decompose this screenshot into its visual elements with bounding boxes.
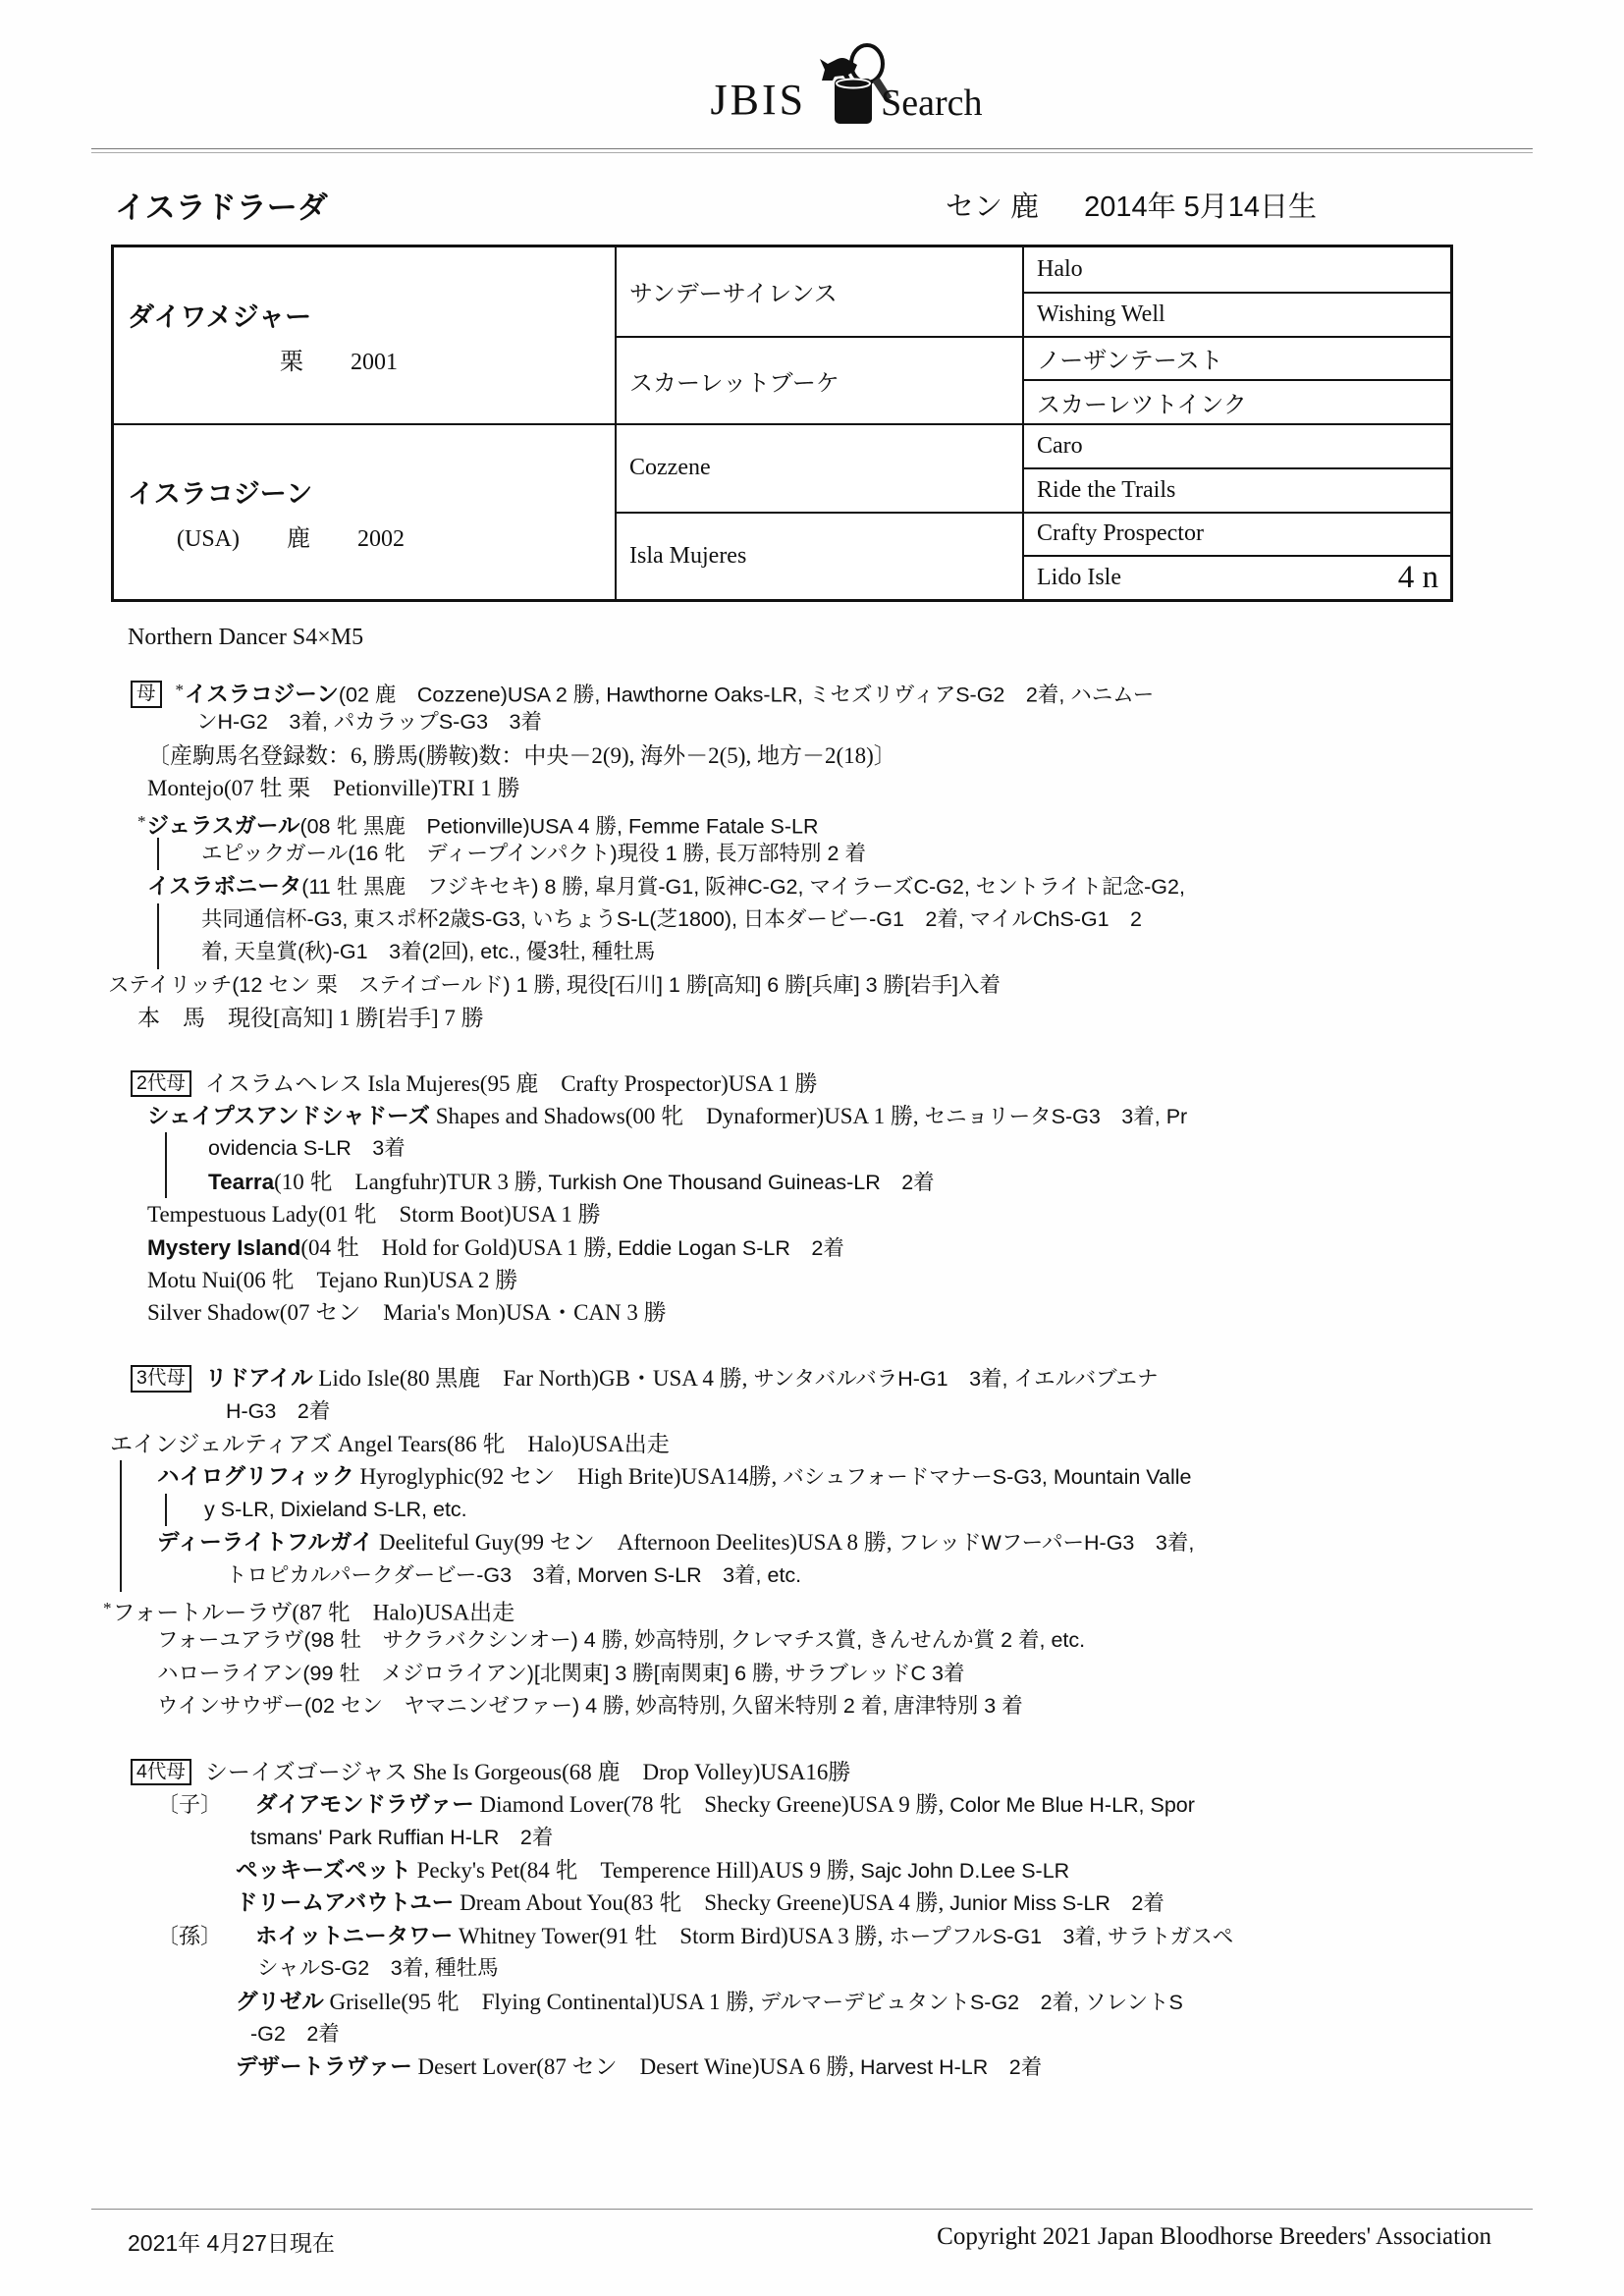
inbreeding-note: Northern Dancer S4×M5 (128, 625, 363, 651)
family-line: 〔孫〕ホイットニータワー Whitney Tower(91 牡 Storm Bi… (0, 1920, 1624, 1952)
pedigree-cell-g3-6: Ride the Trails (1022, 467, 1450, 512)
report-date: 2021年 4月27日現在 (128, 2225, 335, 2258)
family-line: トロピカルパークダービー-G3 3着, Morven S-LR 3着, etc. (0, 1559, 1624, 1592)
line-text: Griselle(95 牝 Flying Continental)USA 1 勝… (324, 1990, 754, 2014)
line-text: 共同通信杯-G3, 東スポ杯2歳S-G3, いちょうS-L(芝1800), 日本… (201, 907, 1142, 931)
g3-8-name: Lido Isle (1037, 565, 1121, 591)
line-text: Montejo(07 牡 栗 Petionville)TRI 1 勝 (147, 776, 519, 800)
import-asterisk: * (137, 812, 146, 831)
line-text-2: フレッドWフーパーH-G3 3着, (893, 1531, 1195, 1555)
family-line: ハローライアン(99 牡 メジロライアン)[北関東] 3 勝[南関東] 6 勝,… (0, 1658, 1624, 1690)
line-text: ンH-G2 3着, パカラップS-G3 3着 (196, 710, 542, 734)
family-line: シャルS-G2 3着, 種牡馬 (0, 1952, 1624, 1985)
family-line: 〔子〕ダイアモンドラヴァー Diamond Lover(78 牝 Shecky … (0, 1788, 1624, 1821)
import-asterisk: * (103, 1599, 112, 1617)
family-line: エインジェルティアズ Angel Tears(86 牝 Halo)USA出走 (0, 1428, 1624, 1460)
family-line: イスラボニータ(11 牡 黒鹿 フジキセキ) 8 勝, 皐月賞-G1, 阪神C-… (0, 870, 1624, 902)
line-text: -G2 2着 (250, 2022, 340, 2046)
horse-name-bold: イスラボニータ (147, 874, 301, 899)
family-line: ディーライトフルガイ Deeliteful Guy(99 セン Afternoo… (0, 1526, 1624, 1558)
line-text-2: サンタバルバラH-G1 3着, イエルバブエナ (747, 1367, 1158, 1391)
header-divider (91, 148, 1533, 153)
tree-connector-line (157, 903, 159, 936)
line-text: ウインサウザー(02 セン ヤマニンゼファー) 4 勝, 妙高特別, 久留米特別… (157, 1694, 1023, 1718)
horse-info: セン 鹿 2014年 5月14日生 (946, 185, 1317, 225)
sire-name: ダイワメジャー (128, 296, 607, 334)
family-line: 母*イスラコジーン(02 鹿 Cozzene)USA 2 勝, Hawthorn… (0, 674, 1624, 706)
line-text-2: Junior Miss S-LR 2着 (944, 1891, 1164, 1915)
family-line: -G2 2着 (0, 2018, 1624, 2050)
line-text: (02 鹿 Cozzene)USA 2 勝, Hawthorne Oaks-LR… (339, 683, 1154, 706)
horse-name-bold: Tearra (208, 1170, 274, 1194)
family-line: ovidencia S-LR 3着 (0, 1132, 1624, 1165)
generation-label: 母 (131, 681, 162, 707)
line-text: Deeliteful Guy(99 セン Afternoon Deelites)… (373, 1530, 892, 1555)
line-text-2: Turkish One Thousand Guineas-LR 2着 (543, 1171, 935, 1194)
tree-connector-line (165, 1132, 167, 1165)
line-text-2: セニョリータS-G3 3着, Pr (919, 1105, 1188, 1128)
line-text: Silver Shadow(07 セン Maria's Mon)USA・CAN … (147, 1300, 667, 1325)
line-text: 着, 天皇賞(秋)-G1 3着(2回), etc., 優3牡, 種牡馬 (201, 940, 655, 963)
pedigree-report-page: JBIS Search イスラドラーダ セン 鹿 2014年 5月14日生 ダイ… (0, 0, 1624, 2296)
line-text-2: Harvest H-LR 2着 (854, 2055, 1042, 2079)
horse-name-bold: ディーライトフルガイ (157, 1530, 373, 1555)
family-line: *フォートルーラヴ(87 牝 Halo)USA出走 (0, 1592, 1624, 1624)
pedigree-cell-sire: ダイワメジャー 栗 2001 (114, 247, 615, 423)
family-line: グリゼル Griselle(95 牝 Flying Continental)US… (0, 1986, 1624, 2018)
line-text: フォートルーラヴ(87 牝 Halo)USA出走 (113, 1600, 515, 1624)
horse-name-bold: Mystery Island (147, 1235, 300, 1260)
family-number: 4 n (1398, 560, 1442, 596)
relation-label: 〔子〕 (157, 1792, 222, 1817)
line-text: (08 牝 黒鹿 Petionville)USA 4 勝, Femme Fata… (299, 814, 818, 838)
horse-name-bold: ドリームアバウトユー (236, 1890, 454, 1915)
horse-sex-coat: セン 鹿 (946, 185, 1039, 225)
horse-name-bold: ジェラスガール (147, 813, 300, 838)
family-tree: 母*イスラコジーン(02 鹿 Cozzene)USA 2 勝, Hawthorn… (0, 674, 1624, 2084)
line-text: Pecky's Pet(84 牝 Temperence Hill)AUS 9 勝… (411, 1858, 855, 1883)
family-line: ハイログリフィック Hyroglyphic(92 セン High Brite)U… (0, 1460, 1624, 1493)
pedigree-cell-sire-sire: サンデーサイレンス (615, 247, 1022, 336)
pedigree-table: ダイワメジャー 栗 2001 イスラコジーン (USA) 鹿 2002 サンデー… (111, 245, 1453, 602)
horse-name-bold: ハイログリフィック (157, 1464, 354, 1489)
pedigree-cell-g3-2: Wishing Well (1022, 292, 1450, 336)
line-text: シーイズゴージャス She Is Gorgeous(68 鹿 Drop Voll… (205, 1760, 851, 1784)
line-text: Dream About You(83 牝 Shecky Greene)USA 4… (454, 1890, 944, 1915)
line-text-2: ホープフルS-G1 3着, サラトガスペ (883, 1925, 1233, 1948)
pedigree-cell-g3-5: Caro (1022, 423, 1450, 467)
import-asterisk: * (176, 681, 185, 699)
family-line: ウインサウザー(02 セン ヤマニンゼファー) 4 勝, 妙高特別, 久留米特別… (0, 1690, 1624, 1722)
pedigree-cell-g3-7: Crafty Prospector (1022, 512, 1450, 556)
family-line: 着, 天皇賞(秋)-G1 3着(2回), etc., 優3牡, 種牡馬 (0, 936, 1624, 968)
magnifier-ring-icon (851, 45, 883, 82)
line-text: トロピカルパークダービー-G3 3着, Morven S-LR 3着, etc. (226, 1563, 801, 1587)
line-text: シャルS-G2 3着, 種牡馬 (257, 1956, 499, 1980)
tree-connector-line (157, 936, 159, 968)
jbis-logo-text: JBIS (711, 79, 807, 122)
line-text: H-G3 2着 (226, 1399, 330, 1423)
line-text: ステイリッチ(12 セン 栗 ステイゴールド) 1 勝, 現役[石川] 1 勝[… (108, 973, 1001, 997)
family-line: 共同通信杯-G3, 東スポ杯2歳S-G3, いちょうS-L(芝1800), 日本… (0, 903, 1624, 936)
tree-connector-line (165, 1166, 167, 1198)
horse-name-bold: シェイプスアンドシャドーズ (147, 1104, 430, 1128)
line-text-2: Eddie Logan S-LR 2着 (612, 1236, 844, 1260)
family-line: ペッキーズペット Pecky's Pet(84 牝 Temperence Hil… (0, 1854, 1624, 1886)
tree-connector-line (120, 1494, 122, 1526)
pedigree-cell-dam-dam: Isla Mujeres (615, 512, 1022, 600)
copyright: Copyright 2021 Japan Bloodhorse Breeders… (937, 2223, 1491, 2251)
line-text: 本 馬 現役[高知] 1 勝[岩手] 7 勝 (137, 1006, 484, 1030)
tree-connector-line (120, 1460, 122, 1493)
family-line: エピックガール(16 牝 ディープインパクト)現役 1 勝, 長万部特別 2 着 (0, 838, 1624, 870)
tree-connector-line (165, 1494, 167, 1526)
family-section-1: 母*イスラコジーン(02 鹿 Cozzene)USA 2 勝, Hawthorn… (0, 674, 1624, 1034)
horse-name-bold: ホイットニータワー (255, 1924, 453, 1948)
family-line: 2代母イスラムヘレス Isla Mujeres(95 鹿 Crafty Pros… (0, 1067, 1624, 1100)
line-text-2: デルマーデビュタントS-G2 2着, ソレントS (754, 1991, 1183, 2014)
generation-label: 2代母 (131, 1070, 191, 1097)
family-line: 〔産駒馬名登録数：6, 勝馬(勝鞍)数：中央－2(9), 海外－2(5), 地方… (0, 739, 1624, 772)
line-text: ハローライアン(99 牡 メジロライアン)[北関東] 3 勝[南関東] 6 勝,… (157, 1662, 964, 1685)
line-text-2: バシュフォードマナーS-G3, Mountain Valle (777, 1465, 1191, 1489)
horse-name-bold: ペッキーズペット (236, 1858, 411, 1883)
family-section-2: 2代母イスラムヘレス Isla Mujeres(95 鹿 Crafty Pros… (0, 1067, 1624, 1330)
family-section-4: 4代母シーイズゴージャス She Is Gorgeous(68 鹿 Drop V… (0, 1756, 1624, 2084)
family-line: Motu Nui(06 牝 Tejano Run)USA 2 勝 (0, 1264, 1624, 1296)
family-line: Montejo(07 牡 栗 Petionville)TRI 1 勝 (0, 772, 1624, 804)
dam-name: イスラコジーン (128, 472, 607, 511)
jbis-logo: JBIS Search (0, 39, 1624, 126)
dam-detail: (USA) 鹿 2002 (128, 519, 607, 553)
family-line: 本 馬 現役[高知] 1 勝[岩手] 7 勝 (0, 1002, 1624, 1034)
line-text: Tempestuous Lady(01 牝 Storm Boot)USA 1 勝 (147, 1202, 601, 1227)
family-line: y S-LR, Dixieland S-LR, etc. (0, 1494, 1624, 1526)
family-line: デザートラヴァー Desert Lover(87 セン Desert Wine)… (0, 2050, 1624, 2083)
family-line: tsmans' Park Ruffian H-LR 2着 (0, 1822, 1624, 1854)
pedigree-cell-dam-sire: Cozzene (615, 423, 1022, 512)
tree-connector-line (120, 1526, 122, 1558)
generation-label: 3代母 (131, 1365, 191, 1392)
line-text: Motu Nui(06 牝 Tejano Run)USA 2 勝 (147, 1268, 517, 1292)
family-line: Tempestuous Lady(01 牝 Storm Boot)USA 1 勝 (0, 1198, 1624, 1230)
family-line: Silver Shadow(07 セン Maria's Mon)USA・CAN … (0, 1296, 1624, 1329)
family-line: ドリームアバウトユー Dream About You(83 牝 Shecky G… (0, 1886, 1624, 1919)
line-text: エピックガール(16 牝 ディープインパクト)現役 1 勝, 長万部特別 2 着 (201, 842, 866, 865)
horse-name-bold: グリゼル (236, 1990, 324, 2014)
pedigree-cell-dam: イスラコジーン (USA) 鹿 2002 (114, 423, 615, 599)
relation-label: 〔孫〕 (157, 1924, 222, 1948)
horse-name: イスラドラーダ (115, 183, 328, 227)
line-text: Desert Lover(87 セン Desert Wine)USA 6 勝, (412, 2054, 854, 2079)
family-line: Tearra(10 牝 Langfuhr)TUR 3 勝, Turkish On… (0, 1166, 1624, 1198)
line-text-2: Sajc John D.Lee S-LR (854, 1859, 1069, 1883)
horse-birthdate: 2014年 5月14日生 (1084, 185, 1317, 225)
line-text: Lido Isle(80 黒鹿 Far North)GB・USA 4 勝, (313, 1366, 748, 1391)
line-text: フォーユアラヴ(98 牡 サクラバクシンオー) 4 勝, 妙高特別, クレマチス… (157, 1628, 1085, 1652)
line-text: 〔産駒馬名登録数：6, 勝馬(勝鞍)数：中央－2(9), 海外－2(5), 地方… (147, 743, 896, 768)
line-text: Diamond Lover(78 牝 Shecky Greene)USA 9 勝… (474, 1792, 944, 1817)
pedigree-cell-g3-3: ノーザンテースト (1022, 336, 1450, 380)
family-line: H-G3 2着 (0, 1395, 1624, 1428)
line-text-2: Color Me Blue H-LR, Spor (944, 1793, 1195, 1817)
jbis-logo-search-text: Search (881, 84, 982, 122)
tree-connector-line (157, 838, 159, 870)
family-section-3: 3代母リドアイル Lido Isle(80 黒鹿 Far North)GB・US… (0, 1362, 1624, 1722)
line-text: (04 牡 Hold for Gold)USA 1 勝, (300, 1235, 612, 1260)
generation-label: 4代母 (131, 1759, 191, 1785)
family-line: ステイリッチ(12 セン 栗 ステイゴールド) 1 勝, 現役[石川] 1 勝[… (0, 969, 1624, 1002)
line-text: (10 牝 Langfuhr)TUR 3 勝, (274, 1170, 542, 1194)
family-line: 3代母リドアイル Lido Isle(80 黒鹿 Far North)GB・US… (0, 1362, 1624, 1394)
line-text: Hyroglyphic(92 セン High Brite)USA14勝, (354, 1464, 778, 1489)
line-text: エインジェルティアズ Angel Tears(86 牝 Halo)USA出走 (110, 1432, 670, 1456)
pedigree-cell-g3-8: Lido Isle 4 n (1022, 555, 1450, 599)
family-line: フォーユアラヴ(98 牡 サクラバクシンオー) 4 勝, 妙高特別, クレマチス… (0, 1624, 1624, 1657)
line-text: Shapes and Shadows(00 牝 Dynaformer)USA 1… (430, 1104, 919, 1128)
horse-name-bold: イスラコジーン (185, 682, 339, 706)
family-line: シェイプスアンドシャドーズ Shapes and Shadows(00 牝 Dy… (0, 1100, 1624, 1132)
horse-name-bold: ダイアモンドラヴァー (255, 1792, 474, 1817)
family-line: *ジェラスガール(08 牝 黒鹿 Petionville)USA 4 勝, Fe… (0, 805, 1624, 838)
sire-detail: 栗 2001 (128, 342, 607, 376)
footer-divider (91, 2209, 1533, 2210)
horse-name-bold: デザートラヴァー (236, 2054, 412, 2079)
line-text: (11 牡 黒鹿 フジキセキ) 8 勝, 皐月賞-G1, 阪神C-G2, マイラ… (301, 875, 1185, 899)
line-text: ovidencia S-LR 3着 (208, 1136, 406, 1160)
line-text: Whitney Tower(91 牡 Storm Bird)USA 3 勝, (453, 1924, 883, 1948)
family-line: Mystery Island(04 牡 Hold for Gold)USA 1 … (0, 1231, 1624, 1264)
line-text: y S-LR, Dixieland S-LR, etc. (204, 1498, 467, 1521)
family-line: ンH-G2 3着, パカラップS-G3 3着 (0, 706, 1624, 738)
tree-connector-line (120, 1559, 122, 1592)
pedigree-cell-g3-1: Halo (1022, 247, 1450, 292)
pedigree-cell-sire-dam: スカーレットブーケ (615, 336, 1022, 424)
line-text: tsmans' Park Ruffian H-LR 2着 (250, 1826, 553, 1849)
family-line: 4代母シーイズゴージャス She Is Gorgeous(68 鹿 Drop V… (0, 1756, 1624, 1788)
line-text: イスラムヘレス Isla Mujeres(95 鹿 Crafty Prospec… (205, 1071, 818, 1096)
horse-name-bold: リドアイル (205, 1366, 313, 1391)
pedigree-cell-g3-4: スカーレツトインク (1022, 379, 1450, 423)
